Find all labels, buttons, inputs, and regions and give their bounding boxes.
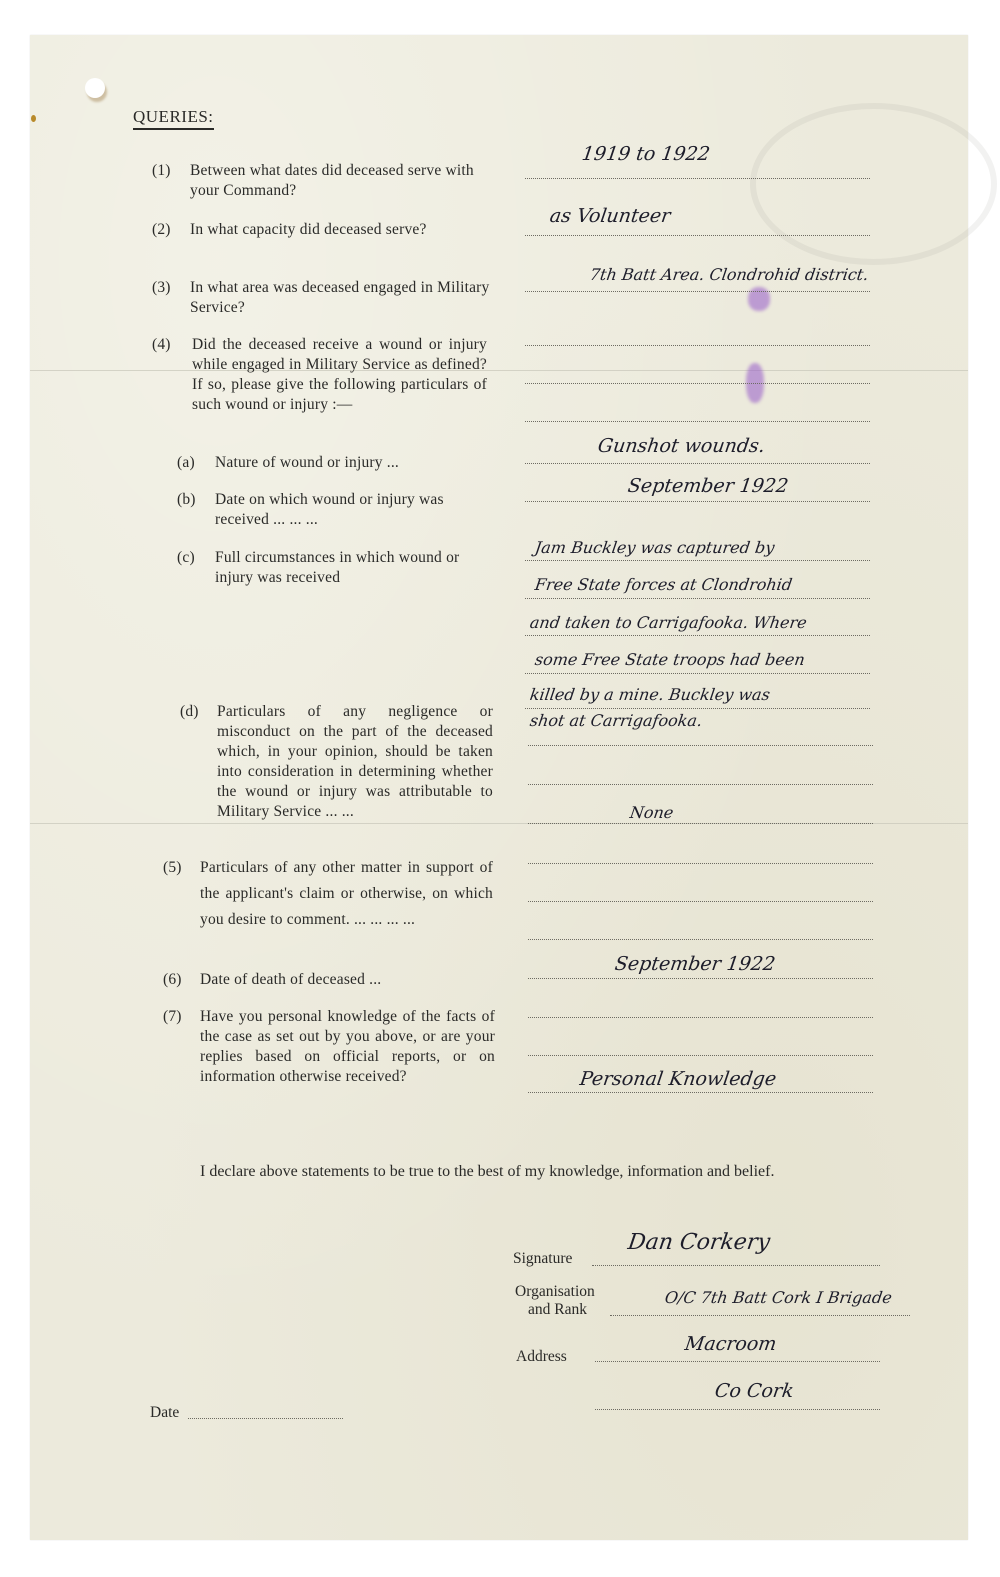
query-number: (5) bbox=[163, 855, 182, 881]
query-number: (b) bbox=[177, 490, 196, 510]
query-number: (a) bbox=[177, 453, 195, 473]
document-page: QUERIES: (1) Between what dates did dece… bbox=[30, 35, 968, 1540]
answer-line bbox=[528, 745, 873, 746]
date-line bbox=[188, 1418, 343, 1419]
organisation-value: O/C 7th Batt Cork I Brigade bbox=[664, 1288, 893, 1307]
answer-line bbox=[525, 235, 870, 236]
answer-line bbox=[528, 1055, 873, 1056]
date-label: Date bbox=[150, 1403, 179, 1422]
answer-line bbox=[525, 463, 870, 464]
query-7: (7) Have you personal knowledge of the f… bbox=[163, 1007, 498, 1087]
query-text: Have you personal knowledge of the facts… bbox=[163, 1007, 495, 1087]
query-5: (5) Particulars of any other matter in s… bbox=[163, 855, 498, 933]
answer-4c-line: shot at Carrigafooka. bbox=[529, 711, 704, 730]
query-2: (2) In what capacity did deceased serve? bbox=[152, 220, 492, 240]
answer-line bbox=[528, 784, 873, 785]
punch-hole bbox=[85, 78, 105, 98]
query-4a: (a) Nature of wound or injury ... bbox=[177, 453, 497, 473]
rank-label: and Rank bbox=[528, 1300, 587, 1319]
answer-4c-line: Jam Buckley was captured by bbox=[534, 538, 776, 557]
answer-4c-line: and taken to Carrigafooka. Where bbox=[529, 613, 808, 632]
answer-line bbox=[528, 863, 873, 864]
answer-2: as Volunteer bbox=[548, 205, 671, 227]
answer-line bbox=[525, 291, 870, 292]
answer-line bbox=[525, 178, 870, 179]
page-title: QUERIES: bbox=[133, 107, 214, 130]
query-text: Particulars of any other matter in suppo… bbox=[163, 855, 493, 933]
query-1: (1) Between what dates did deceased serv… bbox=[152, 161, 492, 201]
answer-line bbox=[528, 939, 873, 940]
address-line-2: Co Cork bbox=[713, 1380, 795, 1402]
answer-line bbox=[525, 345, 870, 346]
answer-line bbox=[528, 978, 873, 979]
query-number: (3) bbox=[152, 278, 171, 298]
query-text: Date on which wound or injury was receiv… bbox=[177, 490, 485, 530]
answer-1: 1919 to 1922 bbox=[580, 143, 711, 165]
query-number: (7) bbox=[163, 1007, 182, 1027]
query-number: (d) bbox=[180, 702, 199, 722]
answer-line bbox=[528, 1092, 873, 1093]
address-line bbox=[595, 1361, 880, 1362]
answer-4b: September 1922 bbox=[626, 475, 789, 497]
answer-6: September 1922 bbox=[613, 953, 776, 975]
query-4: (4) Did the deceased receive a wound or … bbox=[152, 335, 497, 415]
answer-4a: Gunshot wounds. bbox=[596, 435, 766, 457]
query-number: (c) bbox=[177, 548, 195, 568]
query-text: Full circumstances in which wound or inj… bbox=[177, 548, 490, 588]
query-4b: (b) Date on which wound or injury was re… bbox=[177, 490, 497, 530]
organisation-line bbox=[610, 1315, 910, 1316]
answer-line bbox=[525, 421, 870, 422]
answer-line bbox=[528, 823, 873, 824]
answer-4c-line: killed by a mine. Buckley was bbox=[529, 685, 772, 704]
signature-line bbox=[592, 1265, 880, 1266]
signature-label: Signature bbox=[513, 1249, 572, 1268]
answer-line bbox=[525, 383, 870, 384]
answer-7: Personal Knowledge bbox=[578, 1068, 777, 1090]
query-4d: (d) Particulars of any negligence or mis… bbox=[180, 702, 500, 822]
query-3: (3) In what area was deceased engaged in… bbox=[152, 278, 492, 318]
query-number: (4) bbox=[152, 335, 171, 355]
answer-4c-line: some Free State troops had been bbox=[534, 650, 806, 669]
declaration-text: I declare above statements to be true to… bbox=[148, 1160, 883, 1183]
query-text: In what capacity did deceased serve? bbox=[152, 220, 480, 240]
answer-line bbox=[528, 901, 873, 902]
answer-4d: None bbox=[629, 803, 675, 822]
answer-line bbox=[525, 598, 870, 599]
query-text: Particulars of any negligence or miscond… bbox=[180, 702, 493, 822]
query-text: Nature of wound or injury ... bbox=[177, 453, 497, 473]
address-line-1: Macroom bbox=[683, 1333, 777, 1355]
answer-line bbox=[525, 501, 870, 502]
rust-mark bbox=[31, 115, 36, 122]
show-through-stamp bbox=[750, 103, 997, 265]
answer-line bbox=[525, 673, 870, 674]
answer-4c-line: Free State forces at Clondrohid bbox=[534, 575, 794, 594]
query-4c: (c) Full circumstances in which wound or… bbox=[177, 548, 497, 588]
organisation-label: Organisation bbox=[515, 1282, 595, 1301]
answer-line bbox=[525, 635, 870, 636]
answer-3: 7th Batt Area. Clondrohid district. bbox=[589, 265, 870, 284]
query-text: Date of death of deceased ... bbox=[163, 970, 498, 990]
signature-value: Dan Corkery bbox=[626, 1230, 771, 1255]
query-number: (1) bbox=[152, 161, 171, 181]
query-text: Between what dates did deceased serve wi… bbox=[152, 161, 480, 201]
query-text: Did the deceased receive a wound or inju… bbox=[152, 335, 487, 415]
query-number: (6) bbox=[163, 970, 182, 990]
answer-line bbox=[528, 1017, 873, 1018]
query-number: (2) bbox=[152, 220, 171, 240]
query-text: In what area was deceased engaged in Mil… bbox=[152, 278, 490, 318]
answer-line bbox=[525, 708, 870, 709]
address-label: Address bbox=[516, 1347, 567, 1366]
query-6: (6) Date of death of deceased ... bbox=[163, 970, 498, 990]
answer-line bbox=[525, 560, 870, 561]
address-line bbox=[595, 1409, 880, 1410]
